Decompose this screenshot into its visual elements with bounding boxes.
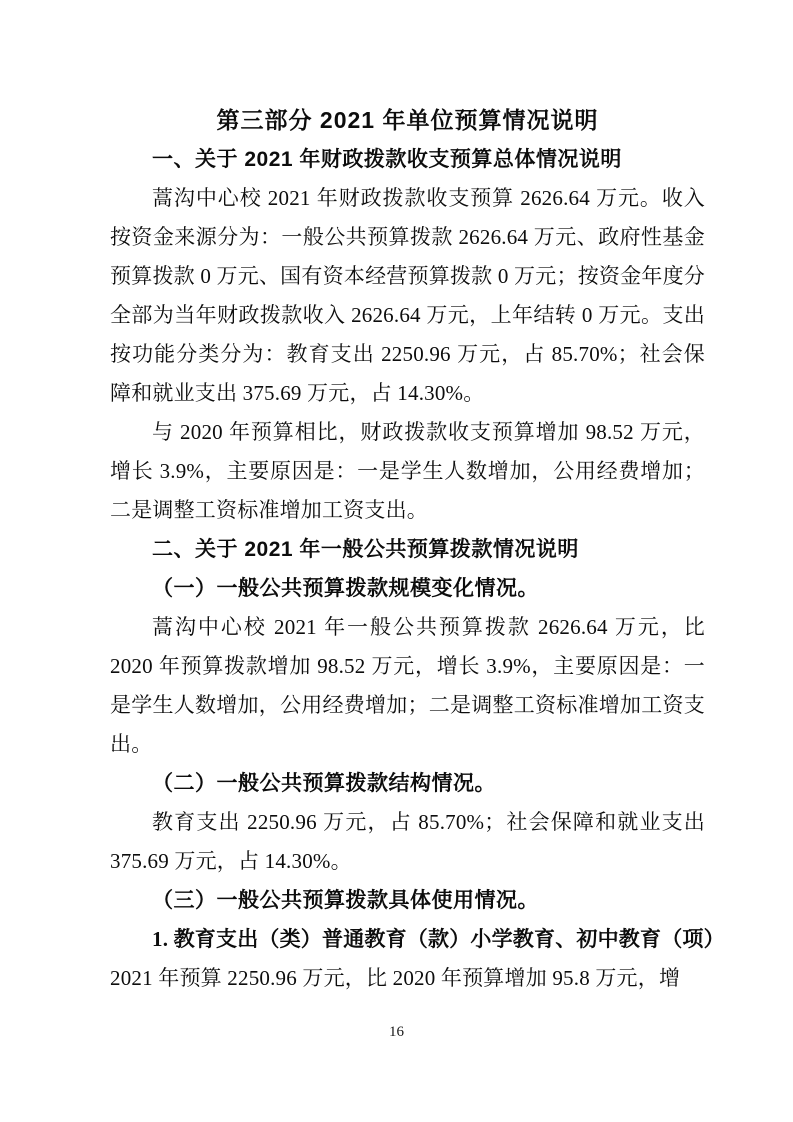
subsection-2-heading: （二）一般公共预算拨款结构情况。 xyxy=(110,764,705,803)
section-2-heading: 二、关于 2021 年一般公共预算拨款情况说明 xyxy=(110,530,705,569)
item-1-heading: 1. 教育支出（类）普通教育（款）小学教育、初中教育（项） xyxy=(110,920,705,959)
document-title: 第三部分 2021 年单位预算情况说明 xyxy=(110,100,705,140)
subsection-1-heading: （一）一般公共预算拨款规模变化情况。 xyxy=(110,569,705,608)
paragraph-scale-change: 蒿沟中心校 2021 年一般公共预算拨款 2626.64 万元，比 2020 年… xyxy=(110,608,705,764)
document-page: 第三部分 2021 年单位预算情况说明 一、关于 2021 年财政拨款收支预算总… xyxy=(0,0,793,1122)
page-number: 16 xyxy=(0,1022,793,1042)
paragraph-fiscal-overview: 蒿沟中心校 2021 年财政拨款收支预算 2626.64 万元。收入按资金来源分… xyxy=(110,179,705,413)
section-1-heading: 一、关于 2021 年财政拨款收支预算总体情况说明 xyxy=(110,140,705,179)
subsection-3-heading: （三）一般公共预算拨款具体使用情况。 xyxy=(110,881,705,920)
paragraph-item-1-detail: 2021 年预算 2250.96 万元，比 2020 年预算增加 95.8 万元… xyxy=(110,959,705,998)
paragraph-year-comparison: 与 2020 年预算相比，财政拨款收支预算增加 98.52 万元，增长 3.9%… xyxy=(110,413,705,530)
paragraph-structure: 教育支出 2250.96 万元，占 85.70%；社会保障和就业支出 375.6… xyxy=(110,803,705,881)
